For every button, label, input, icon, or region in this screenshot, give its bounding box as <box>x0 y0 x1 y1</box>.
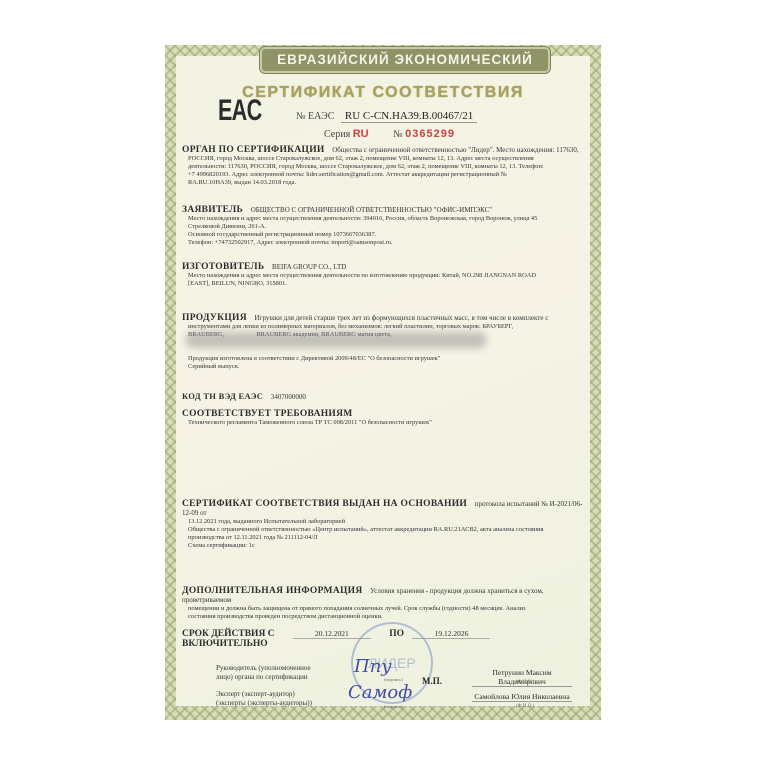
section-inline-text: Общества с ограниченной ответственностью… <box>332 146 578 154</box>
validity-period: СРОК ДЕЙСТВИЯ С 20.12.2021 ПО 19.12.2026… <box>182 629 506 649</box>
section-applicant: ЗАЯВИТЕЛЬ ОБЩЕСТВО С ОГРАНИЧЕННОЙ ОТВЕТС… <box>182 206 584 247</box>
section-heading: СЕРТИФИКАТ СООТВЕТСТВИЯ ВЫДАН НА ОСНОВАН… <box>182 499 467 509</box>
text-line: Схема сертификации: 1с <box>182 542 584 550</box>
expert-name: Самойлова Юлия Николаевна <box>472 692 572 702</box>
text-line: Место нахождения и адрес места осуществл… <box>182 215 584 223</box>
tnved-value: 3407000000 <box>271 393 306 401</box>
section-requirements: СООТВЕТСТВУЕТ ТРЕБОВАНИЯМ Технического р… <box>182 410 584 427</box>
section-heading: ЗАЯВИТЕЛЬ <box>182 205 243 215</box>
text-line: RA.RU.10НА39, выдан 14.03.2018 года. <box>182 179 584 187</box>
series-number: Серия RU № 0365299 <box>324 128 455 140</box>
section-issued-basis: СЕРТИФИКАТ СООТВЕТСТВИЯ ВЫДАН НА ОСНОВАН… <box>182 500 584 550</box>
section-certification-body: ОРГАН ПО СЕРТИФИКАЦИИ Общества с огранич… <box>182 146 584 187</box>
section-heading: КОД ТН ВЭД ЕАЭС <box>182 391 263 401</box>
text-line: деятельности: 117630, РОССИЯ, город Моск… <box>182 163 584 171</box>
validity-inclusive-label: ВКЛЮЧИТЕЛЬНО <box>182 639 506 649</box>
text-line: Основной государственный регистрационный… <box>182 231 584 239</box>
series-value: RU <box>353 128 369 140</box>
text-line: Стрелковой Дивизии, 261-А. <box>182 223 584 231</box>
text-line: Продукция изготовлена в соответствии с Д… <box>182 355 584 363</box>
text-line: РОССИЯ, город Москва, шоссе Старокалужск… <box>182 155 584 163</box>
text-line: лицо) органа по сертификации <box>216 673 311 682</box>
certificate-body: ЕВРАЗИЙСКИЙ ЭКОНОМИЧЕСКИЙ СОЮЗ EAC СЕРТИ… <box>176 56 590 706</box>
stamp-label: М.П. <box>422 676 442 686</box>
section-inline-text: BEIFA GROUP CO., LTD <box>272 263 346 271</box>
registration-number: № ЕАЭС RU C-CN.НА39.В.00467/21 <box>296 110 477 122</box>
text-line: помещении и должна быть защищена от прям… <box>182 605 584 613</box>
reg-label: № ЕАЭС <box>296 111 334 122</box>
section-heading: ПРОДУКЦИЯ <box>182 313 247 323</box>
redacted-area <box>186 332 486 348</box>
text-line: +7 4996820193. Адрес электронной почты: … <box>182 171 584 179</box>
text-line: состояния производства проведен посредст… <box>182 613 584 621</box>
section-tnved-code: КОД ТН ВЭД ЕАЭС 3407000000 <box>182 392 584 402</box>
reg-value: RU C-CN.НА39.В.00467/21 <box>341 110 477 123</box>
text-line: Серийный выпуск. <box>182 363 584 371</box>
head-signature-label: Руководитель (уполномоченное лицо) орган… <box>216 664 311 682</box>
section-manufacturer: ИЗГОТОВИТЕЛЬ BEIFA GROUP CO., LTD Место … <box>182 263 584 288</box>
signature-caption: (подпись) <box>384 677 403 682</box>
fio-caption: (Ф.И.О.) <box>516 680 534 685</box>
section-inline-text: ОБЩЕСТВО С ОГРАНИЧЕННОЙ ОТВЕТСТВЕННОСТЬЮ… <box>251 206 492 214</box>
section-additional-info: ДОПОЛНИТЕЛЬНАЯ ИНФОРМАЦИЯ Условия хранен… <box>182 587 584 621</box>
text-line: Телефон: +74732502917, Адрес электронной… <box>182 239 584 247</box>
union-banner: ЕВРАЗИЙСКИЙ ЭКОНОМИЧЕСКИЙ СОЮЗ <box>260 47 550 73</box>
expert-signature: Самоф <box>348 682 412 703</box>
text-line: Руководитель (уполномоченное <box>216 664 311 673</box>
section-heading: СООТВЕТСТВУЕТ ТРЕБОВАНИЯМ <box>182 409 353 419</box>
text-line: инструментами для лепки из полимерных ма… <box>182 323 584 331</box>
number-label: № <box>393 129 403 140</box>
text-line: Технического регламента Таможенного союз… <box>182 419 584 427</box>
section-heading: ДОПОЛНИТЕЛЬНАЯ ИНФОРМАЦИЯ <box>182 586 363 596</box>
certificate-document: ЕВРАЗИЙСКИЙ ЭКОНОМИЧЕСКИЙ СОЮЗ EAC СЕРТИ… <box>165 45 601 720</box>
text-line: (эксперты (эксперты-аудиторы)) <box>216 699 312 708</box>
text-line: Общества с ограниченной ответственностью… <box>182 526 584 534</box>
text-line: производства от 12.11.2021 года № 211112… <box>182 534 584 542</box>
head-signature: Ппу <box>354 656 392 677</box>
section-heading: ИЗГОТОВИТЕЛЬ <box>182 262 264 272</box>
validity-from-label: СРОК ДЕЙСТВИЯ С <box>182 629 275 639</box>
text-line: [EAST], BEILUN, NINGBO, 315801. <box>182 280 584 288</box>
text-line: Место нахождения и адрес места осуществл… <box>182 272 584 280</box>
fio-caption: (Ф.И.О.) <box>516 704 534 709</box>
series-label: Серия <box>324 129 350 140</box>
signature-caption: (подпись) <box>384 704 403 709</box>
number-value: 0365299 <box>405 128 455 140</box>
section-heading: ОРГАН ПО СЕРТИФИКАЦИИ <box>182 145 325 155</box>
text-line: Эксперт (эксперт-аудитор) <box>216 690 312 699</box>
certificate-title: СЕРТИФИКАТ СООТВЕТСТВИЯ <box>176 84 590 102</box>
section-inline-text: Игрушки для детей старше трех лет из фор… <box>255 314 549 322</box>
expert-signature-label: Эксперт (эксперт-аудитор) (эксперты (экс… <box>216 690 312 708</box>
text-line: 13.12.2021 года, выданного Испытательной… <box>182 518 584 526</box>
